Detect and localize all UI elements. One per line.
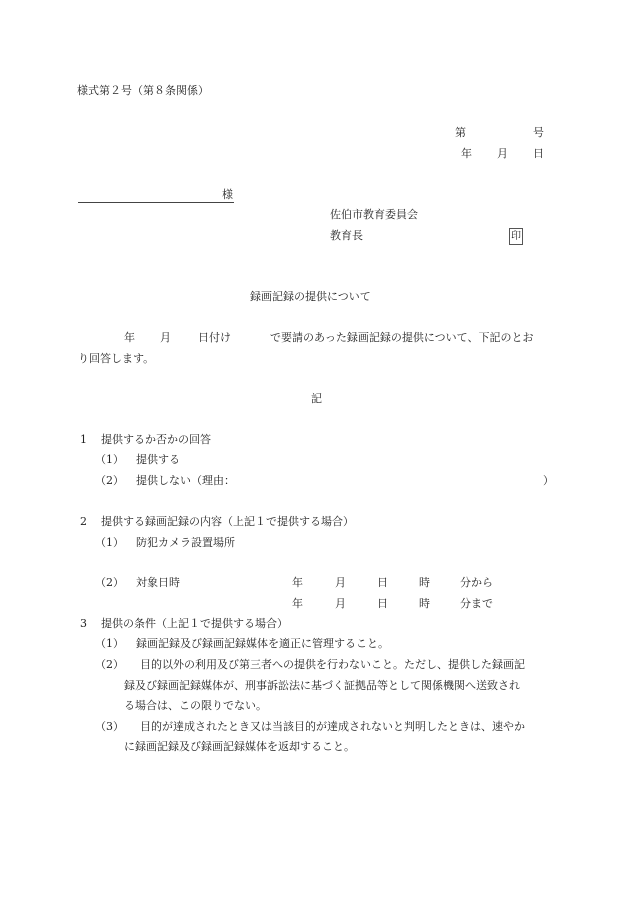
section-2-item-1-text: 防犯カメラ設置場所 bbox=[136, 536, 235, 550]
intro-day-ref: 日付け bbox=[198, 331, 231, 345]
intro-year: 年 bbox=[124, 331, 135, 345]
section-1-item-2-text: 提供しない（理由： bbox=[136, 474, 235, 488]
from-year: 年 bbox=[292, 576, 303, 590]
addressee-suffix: 様 bbox=[222, 188, 233, 202]
section-2-heading: 提供する録画記録の内容（上記１で提供する場合） bbox=[101, 515, 354, 529]
section-3-item-2-line-1: 目的以外の利用及び第三者への提供を行わないこと。ただし、提供した録画記 bbox=[140, 658, 525, 672]
section-2-number: 2 bbox=[80, 515, 87, 529]
doc-number-go: 号 bbox=[533, 126, 544, 140]
sender-org: 佐伯市教育委員会 bbox=[330, 208, 418, 222]
doc-number-dai: 第 bbox=[455, 126, 466, 140]
form-number: 様式第２号（第８条関係） bbox=[77, 84, 209, 98]
section-3-item-3-number: （3） bbox=[95, 720, 124, 734]
seal-stamp: 印 bbox=[509, 228, 523, 245]
section-3-item-1-number: （1） bbox=[95, 637, 124, 651]
section-3-number: 3 bbox=[80, 617, 87, 631]
section-1-item-1-number: （1） bbox=[95, 453, 124, 467]
from-minute: 分から bbox=[460, 576, 493, 590]
date-month: 月 bbox=[497, 147, 508, 161]
section-2-item-1-number: （1） bbox=[95, 536, 124, 550]
to-month: 月 bbox=[335, 597, 346, 611]
to-minute: 分まで bbox=[460, 597, 493, 611]
section-1-heading: 提供するか否かの回答 bbox=[101, 433, 211, 447]
section-3-item-3-line-1: 目的が達成されたとき又は当該目的が達成されないと判明したときは、速やか bbox=[140, 720, 525, 734]
to-hour: 時 bbox=[419, 597, 430, 611]
section-1-item-2-number: （2） bbox=[95, 474, 124, 488]
addressee-blank-line bbox=[78, 202, 234, 203]
document-title: 録画記録の提供について bbox=[250, 290, 371, 304]
section-3-item-3-line-2: に録画記録及び録画記録媒体を返却すること。 bbox=[124, 740, 355, 754]
section-3-item-2-number: （2） bbox=[95, 658, 124, 672]
section-3-item-1-line-1: 録画記録及び録画記録媒体を適正に管理すること。 bbox=[136, 637, 389, 651]
to-year: 年 bbox=[292, 597, 303, 611]
intro-line2: り回答します。 bbox=[78, 352, 154, 366]
date-day: 日 bbox=[533, 147, 544, 161]
intro-line1: で要請のあった録画記録の提供について、下記のとお bbox=[270, 331, 533, 345]
section-1-item-1-text: 提供する bbox=[136, 453, 180, 467]
section-3-heading: 提供の条件（上記１で提供する場合） bbox=[101, 617, 288, 631]
sender-title: 教育長 bbox=[330, 229, 363, 243]
section-2-item-2-text: 対象日時 bbox=[136, 576, 180, 590]
section-3-item-2-line-2: 録及び録画記録媒体が、刑事訴訟法に基づく証拠品等として関係機関へ送致され bbox=[124, 679, 520, 693]
from-hour: 時 bbox=[419, 576, 430, 590]
section-1-item-2-close: ） bbox=[543, 474, 554, 488]
date-year: 年 bbox=[461, 147, 472, 161]
intro-month: 月 bbox=[160, 331, 171, 345]
section-1-number: 1 bbox=[80, 433, 87, 447]
from-day: 日 bbox=[377, 576, 388, 590]
to-day: 日 bbox=[377, 597, 388, 611]
ki-heading: 記 bbox=[311, 392, 322, 406]
section-3-item-2-line-3: る場合は、この限りでない。 bbox=[124, 699, 267, 713]
section-2-item-2-number: （2） bbox=[95, 576, 124, 590]
from-month: 月 bbox=[335, 576, 346, 590]
